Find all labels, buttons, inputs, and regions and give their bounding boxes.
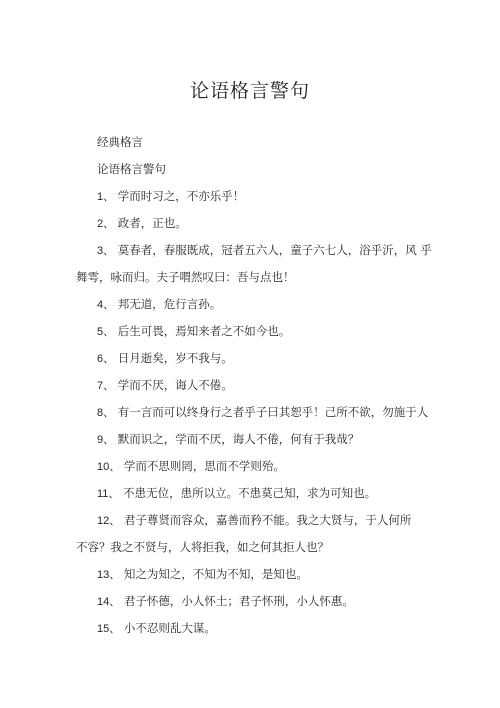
list-item: 10、 学而不思则罔，思而不学则殆。: [97, 459, 285, 474]
item-text: 日月逝矣，岁不我与。: [118, 351, 233, 365]
document-page: 论语格言警句 经典格言 论语格言警句 1、 学而时习之，不亦乐乎！ 2、 政者，…: [0, 0, 500, 708]
item-text: 君子怀德，小人怀土；君子怀刑，小人怀惠。: [124, 594, 354, 608]
list-item-continuation: 舞雩，咏而归。夫子喟然叹曰：吾与点也！: [76, 270, 295, 284]
list-item-continuation: 不容？我之不贤与，人将拒我，如之何其拒人也？: [76, 540, 329, 554]
item-number: 10、: [97, 461, 120, 473]
list-item: 1、 学而时习之，不亦乐乎！: [97, 189, 244, 204]
item-number: 6、: [97, 353, 114, 365]
item-number: 12、: [97, 515, 120, 527]
item-text: 君子尊贤而容众，嘉善而矜不能。我之大贤与，于人何所: [124, 513, 412, 527]
list-item: 13、 知之为知之，不知为不知，是知也。: [97, 567, 308, 582]
item-number: 4、: [97, 299, 114, 311]
list-item: 11、 不患无位，患所以立。不患莫己知，求为可知也。: [97, 486, 376, 501]
list-item: 14、 君子怀德，小人怀土；君子怀刑，小人怀惠。: [97, 594, 354, 609]
item-number: 13、: [97, 569, 120, 581]
document-title: 论语格言警句: [0, 76, 500, 103]
item-text: 不患无位，患所以立。不患莫己知，求为可知也。: [123, 486, 376, 500]
item-text: 默而识之，学而不厌，诲人不倦，何有于我哉？: [118, 432, 360, 446]
item-text: 知之为知之，不知为不知，是知也。: [124, 567, 308, 581]
subheading: 论语格言警句: [97, 162, 166, 176]
item-number: 8、: [97, 407, 114, 419]
item-text: 莫春者，春服既成，冠者五六人，童子六七人，浴乎沂，风 乎: [118, 243, 432, 257]
item-number: 2、: [97, 218, 114, 230]
item-text: 邦无道，危行言孙。: [118, 297, 222, 311]
item-number: 1、: [97, 191, 114, 203]
item-text: 后生可畏，焉知来者之不如今也。: [118, 324, 291, 338]
item-number: 15、: [97, 623, 120, 635]
item-text: 学而不思则罔，思而不学则殆。: [124, 459, 285, 473]
list-item: 9、 默而识之，学而不厌，诲人不倦，何有于我哉？: [97, 432, 359, 447]
list-item: 8、 有一言而可以终身行之者乎子曰其恕乎！己所不欲，勿施于人: [97, 405, 428, 420]
item-text: 政者，正也。: [118, 216, 187, 230]
item-text: 有一言而可以终身行之者乎子曰其恕乎！己所不欲，勿施于人: [118, 405, 429, 419]
item-number: 9、: [97, 434, 114, 446]
list-item: 6、 日月逝矣，岁不我与。: [97, 351, 233, 366]
list-item: 5、 后生可畏，焉知来者之不如今也。: [97, 324, 290, 339]
item-number: 3、: [97, 245, 114, 257]
list-item: 12、 君子尊贤而容众，嘉善而矜不能。我之大贤与，于人何所: [97, 513, 411, 528]
list-item: 3、 莫春者，春服既成，冠者五六人，童子六七人，浴乎沂，风 乎: [97, 243, 432, 258]
section-heading: 经典格言: [97, 135, 143, 149]
item-number: 14、: [97, 596, 120, 608]
list-item: 15、 小不忍则乱大谋。: [97, 621, 216, 636]
item-number: 7、: [97, 380, 114, 392]
list-item: 2、 政者，正也。: [97, 216, 187, 231]
list-item: 7、 学而不厌，诲人不倦。: [97, 378, 233, 393]
item-number: 11、: [97, 488, 119, 500]
item-text: 学而不厌，诲人不倦。: [118, 378, 233, 392]
item-text: 小不忍则乱大谋。: [124, 621, 216, 635]
item-number: 5、: [97, 326, 114, 338]
item-text: 学而时习之，不亦乐乎！: [118, 189, 245, 203]
list-item: 4、 邦无道，危行言孙。: [97, 297, 221, 312]
